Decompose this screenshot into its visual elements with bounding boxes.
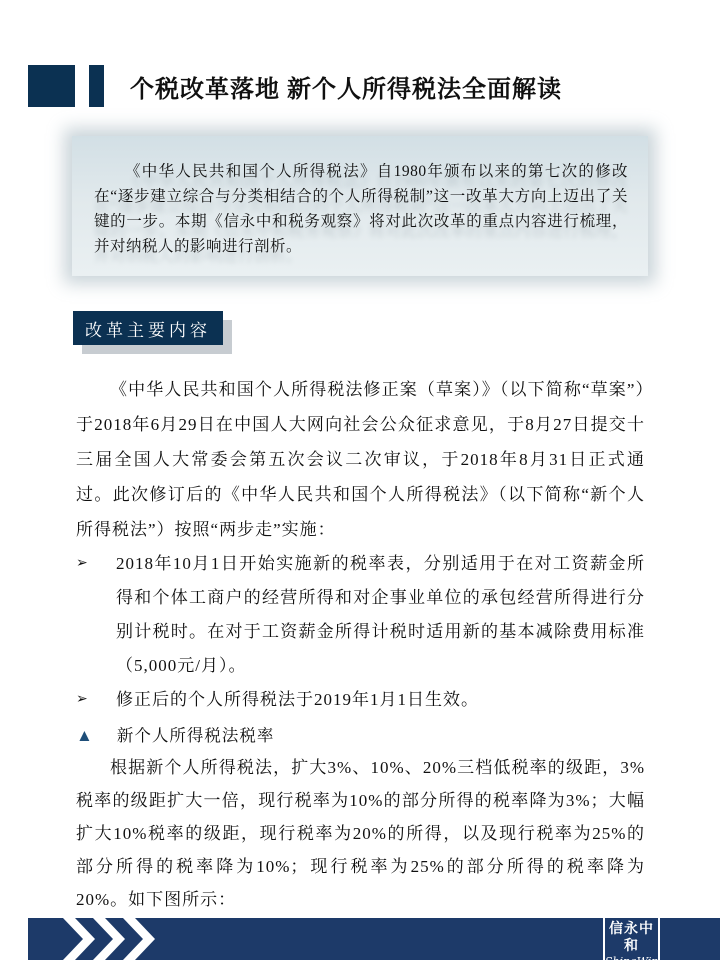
list-item: ➢ 修正后的个人所得税法于2019年1月1日生效。 [76,683,645,717]
intro-callout: 《中华人民共和国个人所得税法》自1980年颁布以来的第七次的修改在“逐步建立综合… [72,136,648,276]
section-header: 改革主要内容 [73,311,223,345]
list-item-text: 修正后的个人所得税法于2019年1月1日生效。 [116,683,645,717]
paragraph-main: 《中华人民共和国个人所得税法修正案（草案）》（以下简称“草案”）于2018年6月… [76,372,645,547]
body-content: 《中华人民共和国个人所得税法修正案（草案）》（以下简称“草案”）于2018年6月… [76,372,645,916]
subsection-header: ▲ 新个人所得税法税率 [76,723,645,749]
section-header-label: 改革主要内容 [85,316,211,341]
page-header: 个税改革落地 新个人所得税法全面解读 [28,65,562,107]
arrow-bullet-icon: ➢ [76,683,116,717]
footer-bar: 信永中和 ShineWing [28,918,720,960]
paragraph-rates: 根据新个人所得税法，扩大3%、10%、20%三档低税率的级距，3%税率的级距扩大… [76,751,645,916]
page-title: 个税改革落地 新个人所得税法全面解读 [130,69,562,104]
chevrons-icon [28,918,198,960]
triangle-bullet-icon: ▲ [76,723,94,749]
list-item-text: 2018年10月1日开始实施新的税率表，分别适用于在对工资薪金所得和个体工商户的… [116,547,645,683]
subsection-title: 新个人所得税法税率 [117,723,275,749]
title-decor-bar-icon [89,65,104,107]
document-page: 个税改革落地 新个人所得税法全面解读 《中华人民共和国个人所得税法》自1980年… [0,0,720,960]
arrow-bullet-icon: ➢ [76,547,116,683]
logo-english-text: ShineWing [605,955,658,960]
logo-chinese-text: 信永中和 [605,921,658,955]
title-decor-square-icon [28,65,75,107]
list-item: ➢ 2018年10月1日开始实施新的税率表，分别适用于在对工资薪金所得和个体工商… [76,547,645,683]
shinewing-logo: 信永中和 ShineWing [603,918,660,960]
intro-text: 《中华人民共和国个人所得税法》自1980年颁布以来的第七次的修改在“逐步建立综合… [94,159,628,259]
